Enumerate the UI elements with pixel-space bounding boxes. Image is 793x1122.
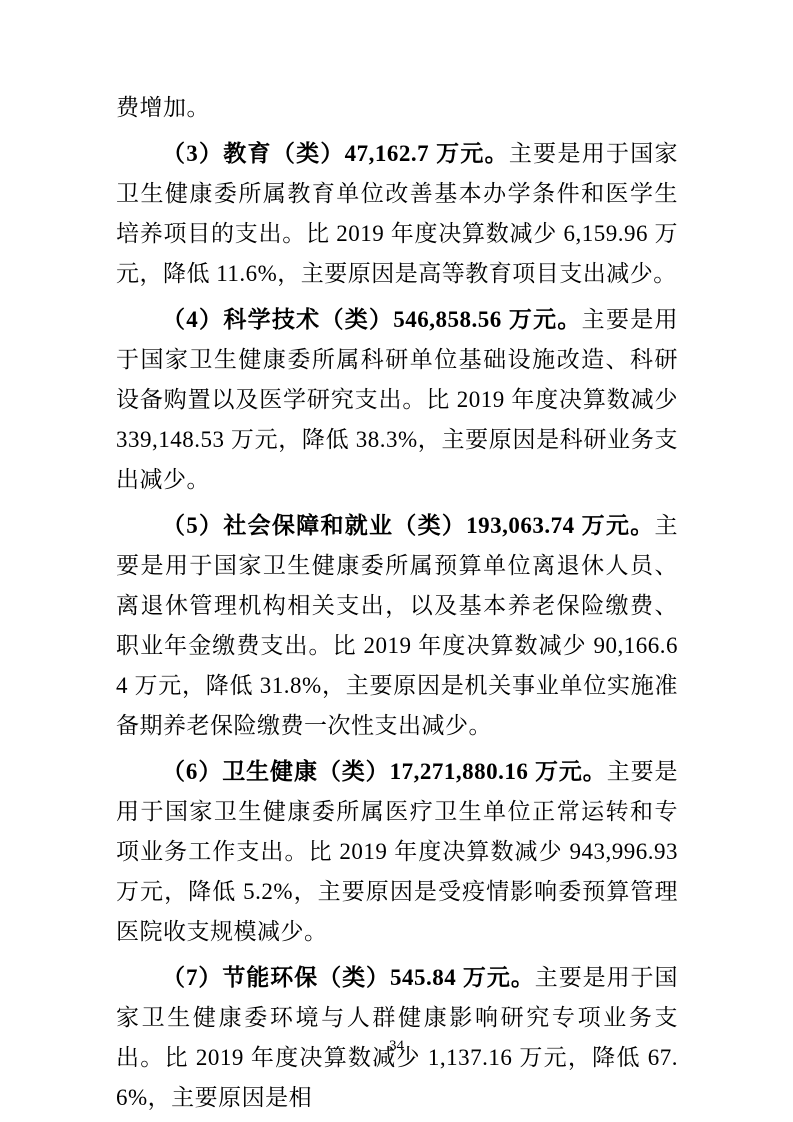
paragraph-lead: （6）卫生健康（类）17,271,880.16 万元。 [162, 759, 607, 784]
document-page: 费增加。 （3）教育（类）47,162.7 万元。主要是用于国家卫生健康委所属教… [0, 0, 793, 1122]
paragraph-item-6-health: （6）卫生健康（类）17,271,880.16 万元。主要是用于国家卫生健康委所… [116, 752, 678, 952]
paragraph-text: 费增加。 [116, 95, 210, 120]
paragraph-lead: （4）科学技术（类）546,858.56 万元。 [162, 307, 582, 332]
paragraph-lead: （7）节能环保（类）545.84 万元。 [162, 965, 535, 990]
document-body: 费增加。 （3）教育（类）47,162.7 万元。主要是用于国家卫生健康委所属教… [116, 88, 678, 1122]
paragraph-text: 主要是用于国家卫生健康委所属医疗卫生单位正常运转和专项业务工作支出。比 2019… [116, 759, 678, 944]
paragraph-continuation: 费增加。 [116, 88, 678, 128]
paragraph-item-3-education: （3）教育（类）47,162.7 万元。主要是用于国家卫生健康委所属教育单位改善… [116, 134, 678, 294]
paragraph-lead: （5）社会保障和就业（类）193,063.74 万元。 [162, 513, 655, 538]
paragraph-text: 主要是用于国家卫生健康委所属预算单位离退休人员、离退休管理机构相关支出，以及基本… [116, 513, 678, 738]
paragraph-text: 主要是用于国家卫生健康委所属科研单位基础设施改造、科研设备购置以及医学研究支出。… [116, 307, 678, 492]
paragraph-item-4-science-technology: （4）科学技术（类）546,858.56 万元。主要是用于国家卫生健康委所属科研… [116, 300, 678, 500]
page-number: 34 [0, 1036, 793, 1056]
paragraph-lead: （3）教育（类）47,162.7 万元。 [162, 141, 509, 166]
paragraph-item-5-social-security: （5）社会保障和就业（类）193,063.74 万元。主要是用于国家卫生健康委所… [116, 506, 678, 746]
